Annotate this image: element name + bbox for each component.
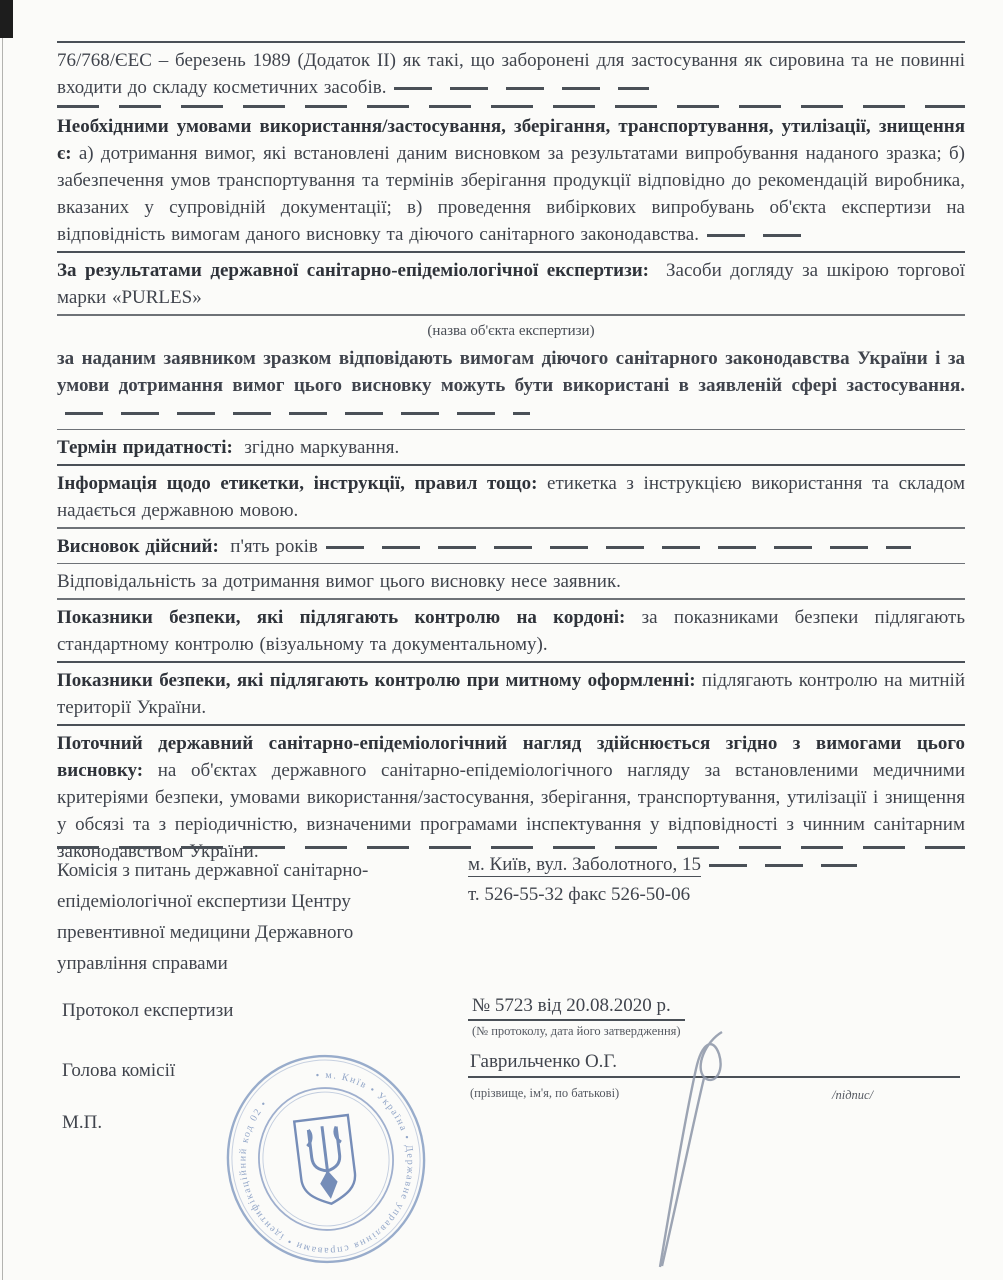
signature-caption: /підпис/ [832,1088,873,1103]
phone-text: т. 526-55-32 факс 526-50-06 [468,884,690,905]
results-paragraph: за наданим заявником зразком відповідают… [57,345,965,426]
intro-paragraph: 76/768/ЄЕС – березень 1989 (Додаток ІІ) … [57,47,965,101]
divider-dashed-footer [57,846,965,849]
protocol-label: Протокол експертизи [62,1000,233,1022]
address-row: м. Київ, вул. Заболотного, 15 [468,850,965,880]
divider [57,251,965,253]
customs-control-label: Показники безпеки, які підлягають контро… [57,670,696,691]
dash-filler [394,87,649,90]
results-label: За результатами державної санітарно-епід… [57,260,649,281]
divider [57,598,965,600]
address-text: м. Київ, вул. Заболотного, 15 [468,854,701,877]
seal-place-mark: М.П. [62,1112,102,1134]
handwritten-signature [598,1018,768,1273]
dash-filler [709,864,857,867]
divider [57,429,965,431]
divider [57,314,965,316]
divider [57,563,965,565]
conditions-text: а) дотримання вимог, які встановлені дан… [57,143,965,245]
conditions-paragraph: Необхідними умовами використання/застосу… [57,113,965,248]
surveillance-paragraph: Поточний державний санітарно-епідеміолог… [57,730,965,865]
border-control-row: Показники безпеки, які підлягають контро… [57,604,965,658]
document-body: 76/768/ЄЕС – березень 1989 (Додаток ІІ) … [57,38,965,865]
results-heading: За результатами державної санітарно-епід… [57,257,965,311]
customs-control-row: Показники безпеки, які підлягають контро… [57,667,965,721]
address-block: м. Київ, вул. Заболотного, 15 т. 526-55-… [468,850,965,910]
divider [57,661,965,663]
validity-row: Висновок дійсний: п'ять років [57,533,965,560]
divider [57,724,965,726]
dash-filler [707,234,815,237]
divider [57,464,965,466]
round-seal-stamp: • м. Київ • Україна • Державне управлінн… [207,1034,445,1280]
border-control-label: Показники безпеки, які підлягають контро… [57,607,625,628]
divider-top [57,41,965,43]
phone-row: т. 526-55-32 факс 526-50-06 [468,880,965,910]
scan-layer: 76/768/ЄЕС – березень 1989 (Додаток ІІ) … [0,0,1003,1280]
trident-emblem-icon [294,1115,358,1207]
object-name-caption: (назва об'єкта експертизи) [57,320,965,342]
divider [57,527,965,529]
responsibility-text: Відповідальність за дотримання вимог цьо… [57,571,621,592]
results-text: за наданим заявником зразком відповідают… [57,348,965,396]
dash-filler [65,412,530,415]
chairman-label: Голова комісії [62,1060,175,1082]
shelf-life-value: згідно маркування. [244,437,399,458]
validity-label: Висновок дійсний: [57,536,219,557]
intro-text: 76/768/ЄЕС – березень 1989 (Додаток ІІ) … [57,50,965,98]
scan-edge-line [2,0,3,1280]
scanned-document-page: 76/768/ЄЕС – березень 1989 (Додаток ІІ) … [0,0,1003,1280]
divider-dashed [57,105,965,108]
commission-text: Комісія з питань державної санітарно-епі… [57,855,429,979]
responsibility-row: Відповідальність за дотримання вимог цьо… [57,568,965,595]
signature-stroke [662,1078,704,1266]
chairman-caption: (прізвище, ім'я, по батькові) [470,1086,619,1101]
shelf-life-row: Термін придатності: згідно маркування. [57,434,965,461]
validity-value: п'ять років [230,536,318,557]
label-info-label: Інформація щодо етикетки, інструкції, пр… [57,473,537,494]
shelf-life-label: Термін придатності: [57,437,233,458]
label-info-row: Інформація щодо етикетки, інструкції, пр… [57,470,965,524]
chairman-name: Гаврильченко О.Г. [470,1051,617,1073]
dash-filler [326,546,911,549]
scan-corner-artifact [0,0,13,38]
